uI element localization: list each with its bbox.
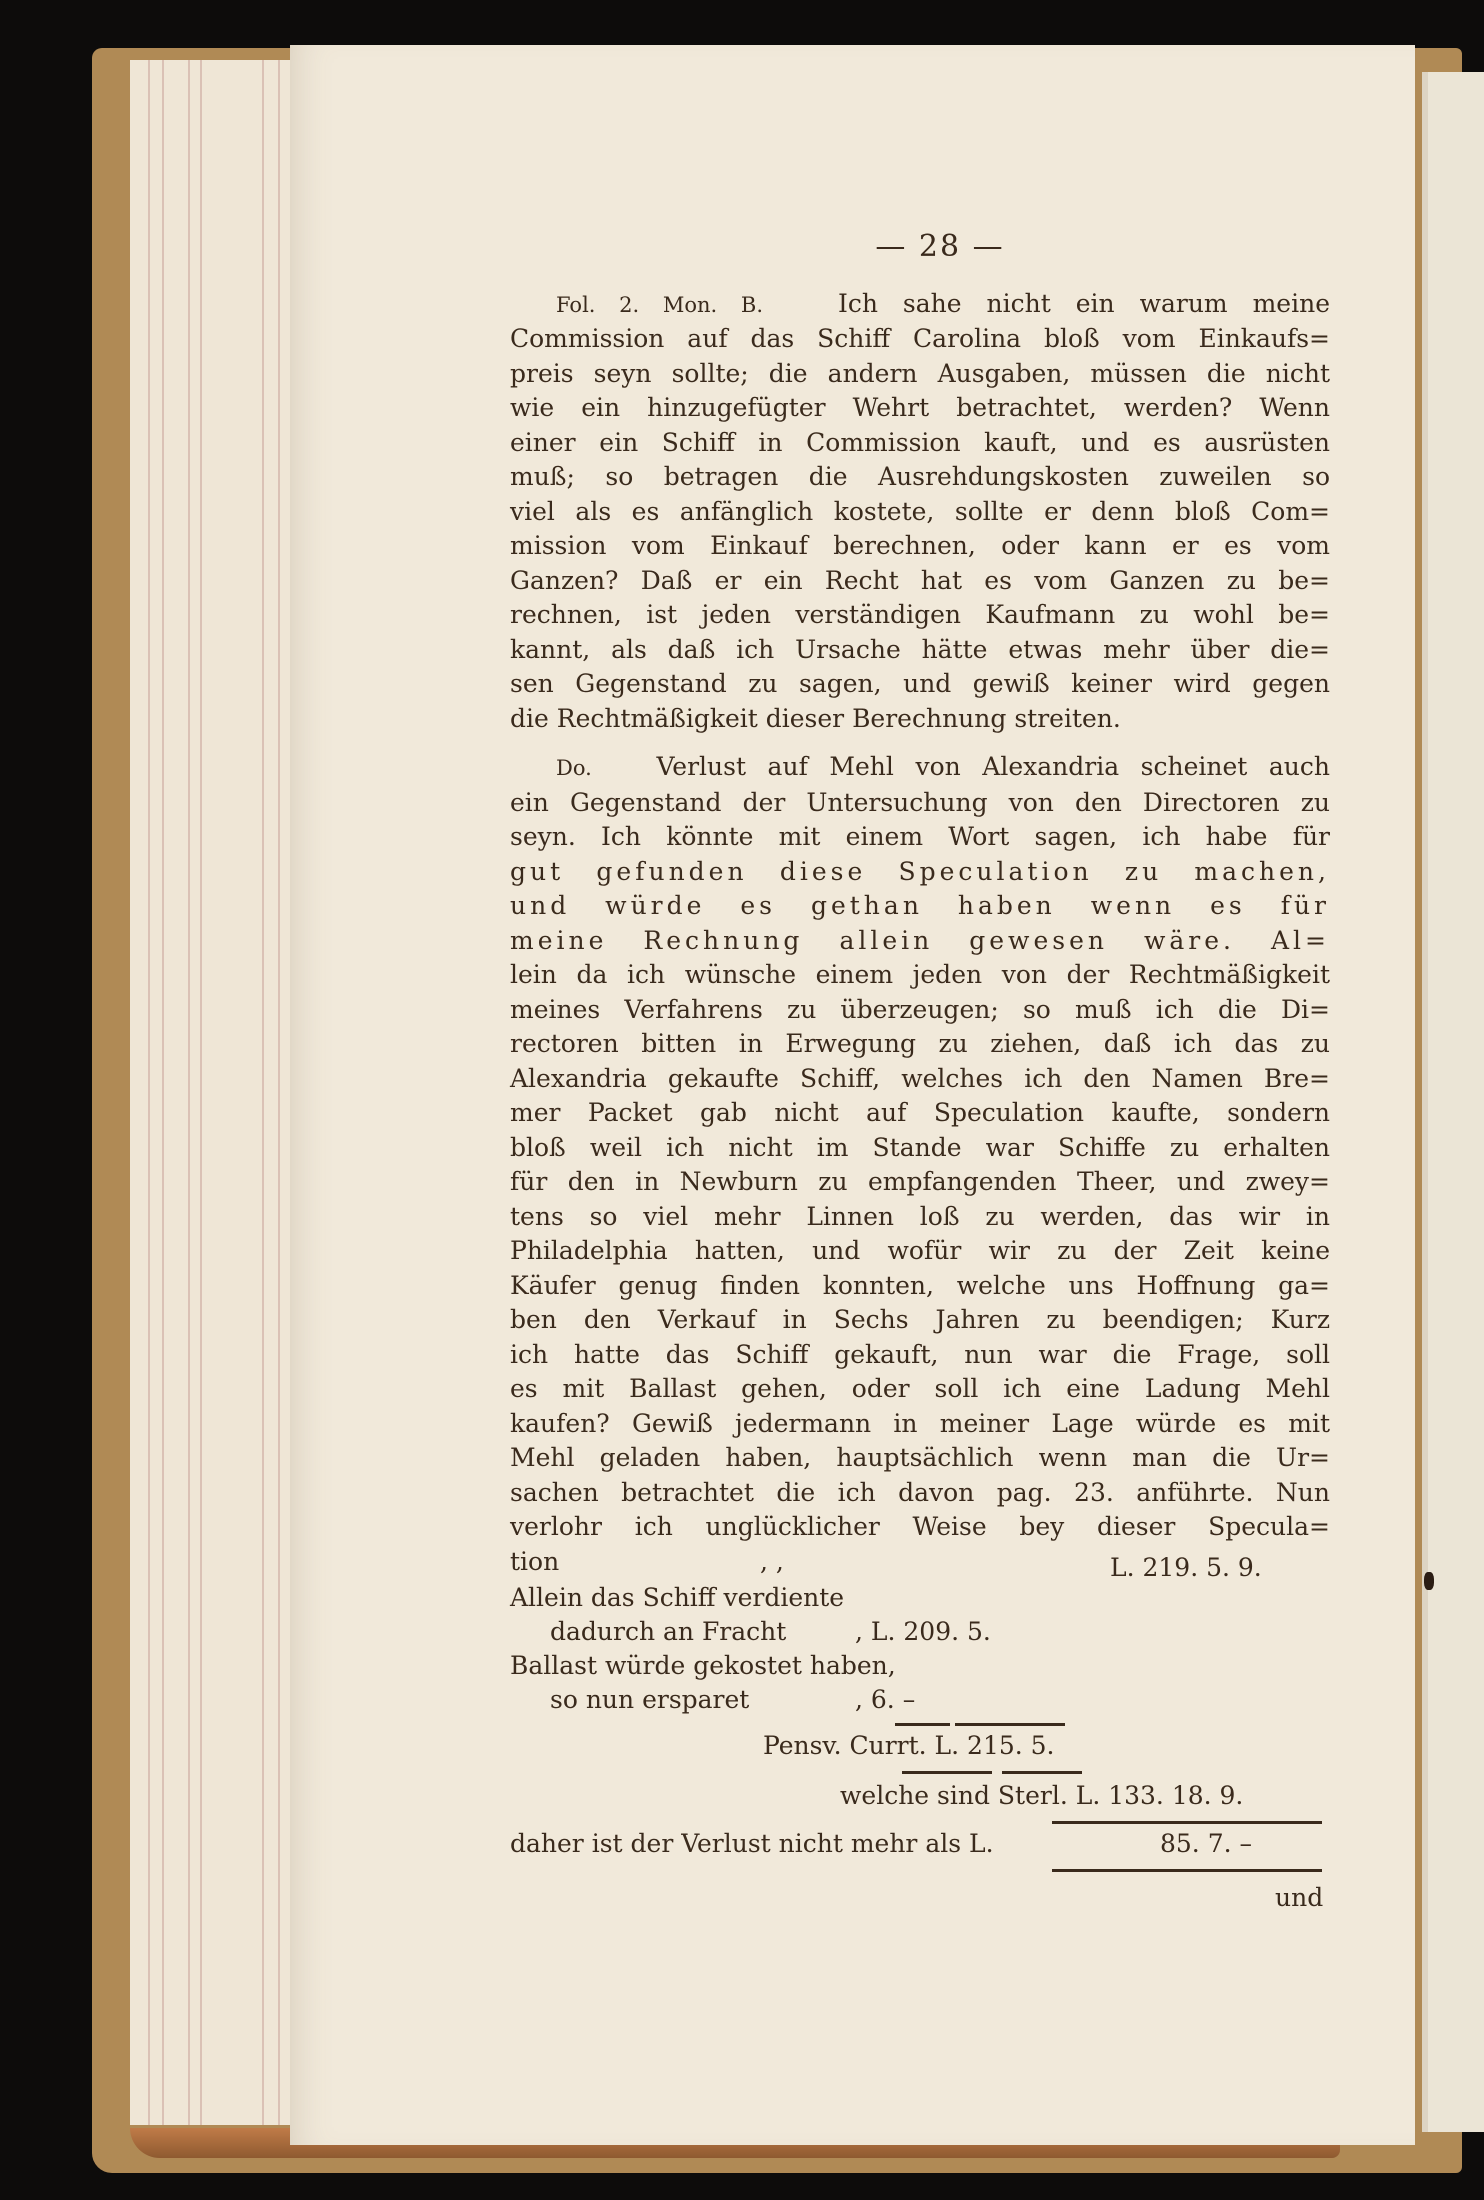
account-net-loss-amount: 85. 7. – (1160, 1827, 1252, 1862)
account-ballast-amount: , 6. – (855, 1683, 915, 1718)
account-leader-dots: , , (760, 1545, 784, 1580)
facing-page-edge (1422, 72, 1484, 2132)
catchword: und (1275, 1881, 1323, 1916)
account-earned-amount: , L. 209. 5. (855, 1615, 991, 1650)
account-earned-label-2: dadurch an Fracht (550, 1615, 786, 1650)
account-ballast-label-2: so nun ersparet (550, 1683, 749, 1718)
account-statement: tion , , L. 219. 5. 9. Allein das Schiff… (510, 1559, 1330, 1979)
page-number: — 28 — (550, 230, 1330, 265)
account-subtotal: Pensv. Currt. L. 215. 5. (763, 1729, 1055, 1764)
paper-tear (1424, 1572, 1434, 1590)
paragraph-lead: Fol. 2. Mon. B. (510, 293, 763, 317)
account-ballast-label: Ballast würde gekostet haben, (510, 1649, 896, 1684)
page-text: — 28 — Fol. 2. Mon. B. Ich sahe nicht ei… (510, 230, 1330, 1979)
account-net-loss-label: daher ist der Verlust nicht mehr als L. (510, 1827, 994, 1862)
account-earned-label: Allein das Schiff verdiente (510, 1581, 844, 1616)
account-sterling-conversion: welche sind Sterl. L. 133. 18. 9. (840, 1779, 1243, 1814)
paragraph-commission: Fol. 2. Mon. B. Ich sahe nicht ein warum… (510, 287, 1330, 737)
paragraph-flour-loss: Do. Verlust auf Mehl von Alexandria sche… (510, 750, 1330, 1545)
account-loss-amount: L. 219. 5. 9. (1110, 1551, 1262, 1586)
account-loss-label: tion (510, 1545, 559, 1580)
paragraph-lead: Do. (510, 756, 592, 780)
